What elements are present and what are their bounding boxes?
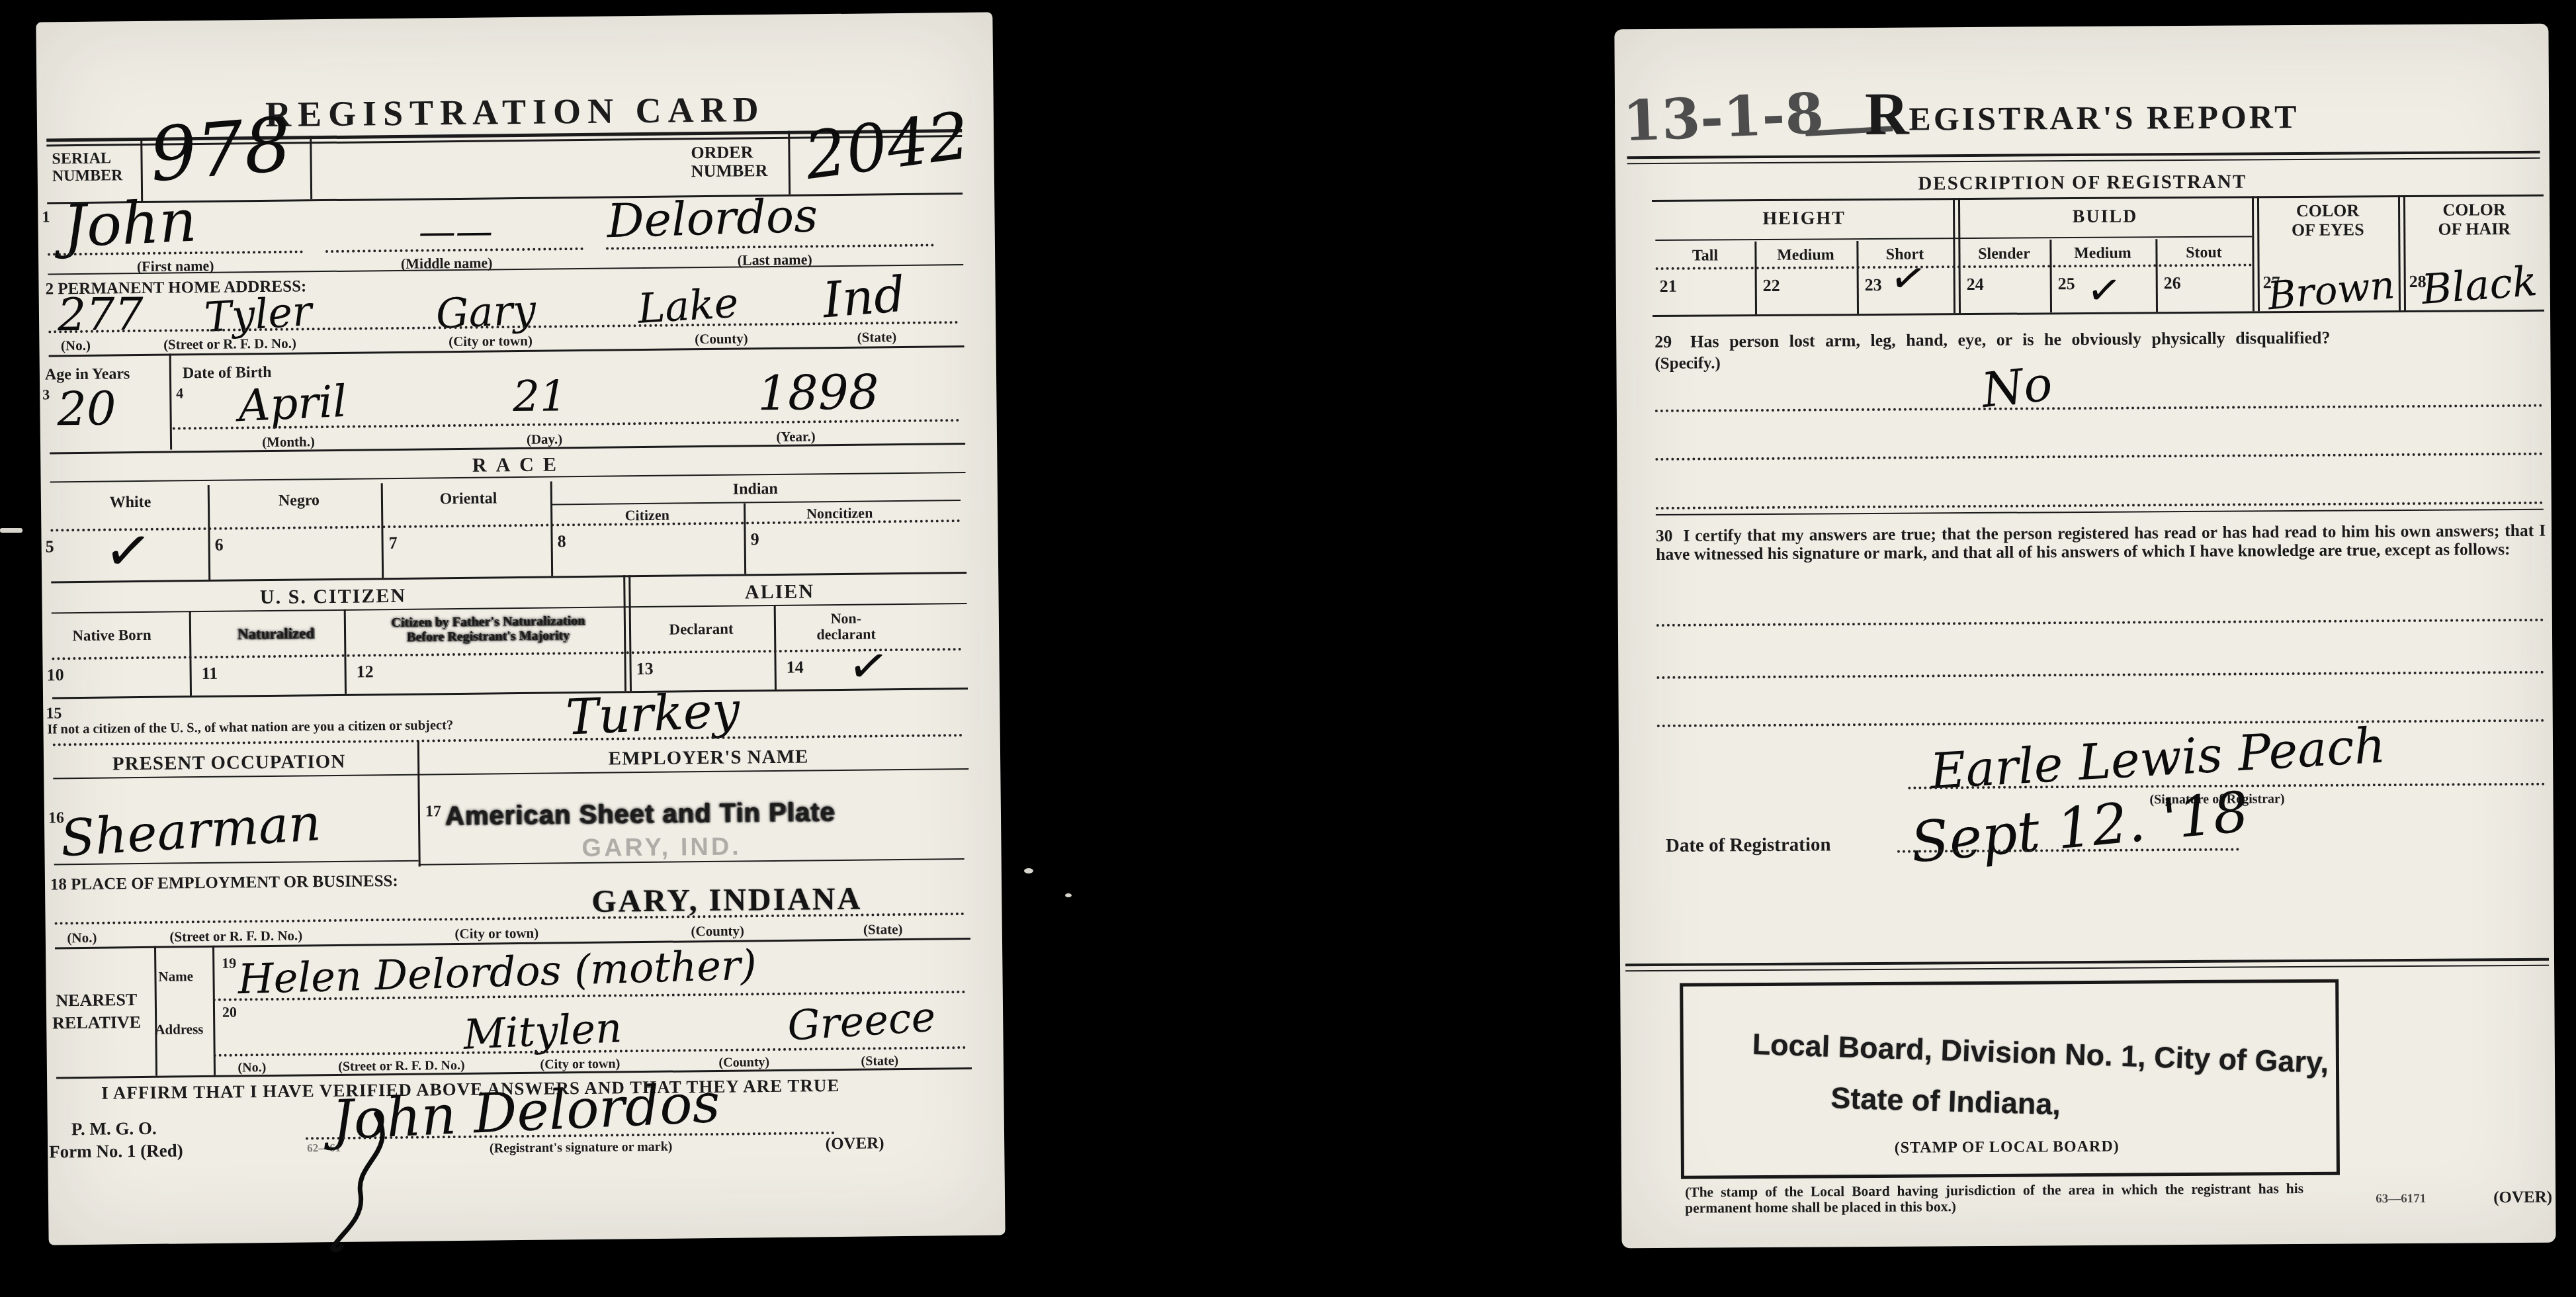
- line19-number: 19: [222, 955, 236, 972]
- line20-number: 20: [222, 1004, 237, 1021]
- dob-month-value: April: [237, 380, 348, 428]
- cell-border: [310, 136, 312, 199]
- box-24-number: 24: [1967, 275, 1984, 294]
- pmgo-label: P. M. G. O.: [71, 1118, 157, 1140]
- registrant-signature-caption: (Registrant's signature or mark): [449, 1139, 713, 1157]
- color-of-eyes-header: COLOR OF EYES: [2257, 201, 2398, 240]
- employment-county-caption: (County): [652, 922, 784, 940]
- q29-text: Has person lost arm, leg, hand, eye, or …: [1690, 328, 2330, 352]
- scan-artifact: [1065, 893, 1072, 897]
- relative-name-value: Helen Delordos (mother): [237, 944, 757, 1000]
- form-number-label: Form No. 1 (Red): [49, 1140, 183, 1162]
- alien-header: ALIEN: [703, 580, 855, 604]
- address-county-caption: (County): [655, 330, 787, 348]
- q30-certify-paragraph: 30 I certify that my answers are true; t…: [1656, 521, 2546, 564]
- non-declarant-checkmark: ✓: [845, 639, 892, 693]
- build-header: BUILD: [1958, 205, 2252, 228]
- native-born-label: Native Born: [56, 627, 168, 645]
- race-box-8-number: 8: [557, 531, 566, 551]
- relative-name-label: Name: [158, 968, 193, 985]
- write-line: [50, 519, 961, 531]
- box-22-number: 22: [1763, 276, 1780, 296]
- employment-city-caption: (City or town): [431, 924, 563, 942]
- height-short-checkmark: ✓: [1887, 255, 1930, 304]
- build-medium-checkmark: ✓: [2084, 268, 2124, 313]
- nearest-relative-label: NEAREST RELATIVE: [46, 989, 148, 1035]
- write-line: [1656, 671, 2544, 679]
- cell-border: [381, 483, 384, 578]
- indian-underline: [552, 500, 961, 505]
- box-23-number: 23: [1865, 275, 1882, 295]
- employment-place-stamp: GARY, INDIANA: [591, 883, 862, 918]
- race-white-label: White: [81, 493, 180, 512]
- cell-border: [417, 741, 421, 867]
- cell-border: [154, 946, 157, 1076]
- employment-place-label: 18 PLACE OF EMPLOYMENT OR BUSINESS:: [50, 872, 398, 895]
- build-medium-label: Medium: [2049, 244, 2155, 263]
- dob-year-caption: (Year.): [730, 428, 862, 446]
- box-25-number: 25: [2058, 274, 2075, 294]
- build-slender-label: Slender: [1958, 245, 2049, 263]
- employment-street-caption: (Street or R. F. D. No.): [137, 927, 335, 946]
- relative-address-label: Address: [155, 1021, 203, 1038]
- cell-border: [189, 611, 192, 695]
- citizen-by-father-label: Citizen by Father's Naturalization Befor…: [356, 613, 621, 645]
- eye-color-value: Brown: [2266, 265, 2397, 316]
- write-line: [1656, 502, 2544, 510]
- relative-no-caption: (No.): [219, 1060, 285, 1076]
- write-line: [1657, 719, 2545, 727]
- address-state-caption: (State): [810, 328, 943, 346]
- relative-state-caption: (State): [830, 1053, 929, 1070]
- cell-border: [208, 485, 210, 580]
- order-number-value: 2042: [801, 103, 973, 189]
- cell-border: [2398, 195, 2401, 310]
- scanned-document: REGISTRATION CARD SERIAL NUMBER 978 ORDE…: [0, 0, 2576, 1297]
- employment-state-caption: (State): [817, 920, 949, 938]
- age-value: 20: [57, 385, 116, 432]
- race-box-7-number: 7: [388, 533, 397, 553]
- box-26-number: 26: [2164, 273, 2181, 293]
- relative-city-value: Mitylen: [462, 1007, 623, 1055]
- line15-number: 15: [46, 705, 62, 723]
- line3-number: 3: [42, 386, 50, 403]
- print-code: 63—6171: [2376, 1192, 2426, 1206]
- citizen-box-14-number: 14: [786, 658, 803, 678]
- declarant-label: Declarant: [645, 620, 757, 639]
- build-stout-label: Stout: [2155, 244, 2252, 262]
- cell-border: [774, 605, 777, 690]
- last-name-value: Delordos: [607, 193, 818, 245]
- height-header: HEIGHT: [1655, 207, 1953, 230]
- address-state-value: Ind: [821, 270, 907, 326]
- cell-border: [344, 609, 347, 694]
- line17-number: 17: [425, 803, 441, 821]
- color-of-hair-header: COLOR OF HAIR: [2403, 200, 2545, 239]
- dob-day-caption: (Day.): [478, 431, 611, 449]
- over-label: (OVER): [2493, 1188, 2552, 1208]
- q30-text: I certify that my answers are true; that…: [1656, 521, 2546, 564]
- middle-name-value: ——: [418, 213, 493, 251]
- registrars-report-card: 13-1-8 REGISTRAR'S REPORT DESCRIPTION OF…: [1614, 24, 2555, 1249]
- serial-number-value: 978: [147, 107, 294, 193]
- title-rest: EGISTRAR'S REPORT: [1909, 98, 2299, 138]
- non-declarant-label: Non- declarant: [790, 610, 902, 643]
- date-of-registration-label: Date of Registration: [1666, 834, 1831, 857]
- race-box-5-number: 5: [46, 537, 54, 557]
- address-county-value: Lake: [636, 283, 740, 330]
- employer-city-stamp: GARY, IND.: [581, 834, 742, 862]
- line15-label: If not a citizen of the U. S., of what n…: [47, 718, 453, 737]
- us-citizen-header: U. S. CITIZEN: [207, 584, 458, 609]
- height-medium-label: Medium: [1754, 246, 1856, 265]
- hair-color-value: Black: [2421, 261, 2539, 310]
- height-tall-label: Tall: [1655, 247, 1754, 265]
- citizen-box-13-number: 13: [636, 659, 653, 679]
- line4-number: 4: [176, 384, 183, 402]
- serial-number-label: SERIAL NUMBER: [52, 150, 122, 185]
- address-city-caption: (City or town): [424, 332, 556, 350]
- dob-year-value: 1898: [757, 368, 879, 417]
- cell-border: [169, 354, 173, 450]
- title-initial: R: [1865, 80, 1909, 148]
- dob-month-caption: (Month.): [222, 433, 355, 451]
- employer-name-stamp: American Sheet and Tin Plate: [445, 799, 836, 829]
- q29-answer: No: [1979, 359, 2055, 414]
- write-line: [1655, 404, 2543, 412]
- dob-day-value: 21: [513, 375, 567, 418]
- write-line: [1655, 453, 2543, 461]
- citizen-box-11-number: 11: [202, 664, 218, 684]
- race-white-checkmark: ✓: [101, 520, 156, 583]
- occupation-value: Shearman: [59, 797, 322, 864]
- race-negro-label: Negro: [249, 492, 349, 511]
- scan-artifact: [0, 528, 22, 533]
- q29-specify-label: (Specify.): [1654, 354, 1720, 373]
- nationality-value: Turkey: [565, 686, 741, 742]
- divider: [1627, 157, 2540, 164]
- cell-border: [744, 503, 746, 574]
- employment-no-caption: (No.): [49, 929, 115, 946]
- signature-flourish: [314, 1110, 447, 1253]
- divider: [1625, 965, 2549, 972]
- cell-border: [550, 481, 553, 576]
- employers-name-header: EMPLOYER'S NAME: [533, 745, 884, 771]
- scan-artifact: [1024, 868, 1033, 873]
- stamp-box-note: (The stamp of the Local Board having jur…: [1685, 1181, 2303, 1216]
- cell-border: [1953, 198, 1955, 313]
- race-oriental-label: Oriental: [419, 490, 518, 509]
- line1-number: 1: [42, 208, 50, 226]
- write-line: [1656, 619, 2544, 627]
- relative-country-value: Greece: [787, 997, 937, 1047]
- write-line: [52, 648, 962, 660]
- naturalized-label: Naturalized: [220, 625, 332, 643]
- registrars-report-title: REGISTRAR'S REPORT: [1615, 79, 2550, 146]
- address-street-caption: (Street or R. F. D. No.): [130, 335, 329, 353]
- description-of-registrant-subtitle: DESCRIPTION OF REGISTRANT: [1615, 169, 2550, 197]
- present-occupation-header: PRESENT OCCUPATION: [57, 750, 401, 776]
- race-box-9-number: 9: [750, 529, 759, 549]
- cell-border: [623, 575, 626, 691]
- over-label: (OVER): [802, 1134, 908, 1154]
- race-indian-label: Indian: [706, 480, 805, 499]
- q29-number: 29: [1654, 332, 1672, 352]
- q30-number: 30: [1656, 526, 1673, 545]
- citizen-box-12-number: 12: [357, 662, 374, 682]
- registration-card: REGISTRATION CARD SERIAL NUMBER 978 ORDE…: [36, 12, 1005, 1245]
- cell-border: [628, 575, 632, 691]
- first-name-value: John: [62, 192, 198, 256]
- print-code: 62—61: [307, 1141, 341, 1155]
- race-box-6-number: 6: [214, 535, 223, 555]
- citizen-box-10-number: 10: [47, 665, 64, 685]
- box-21-number: 21: [1660, 277, 1677, 296]
- divider: [1656, 509, 2544, 515]
- cell-border: [2252, 196, 2254, 311]
- local-board-stamp-line2: State of Indiana,: [1830, 1083, 2061, 1119]
- address-no-caption: (No.): [42, 337, 108, 354]
- order-number-label: ORDER NUMBER: [691, 143, 767, 181]
- cell-border: [788, 131, 791, 195]
